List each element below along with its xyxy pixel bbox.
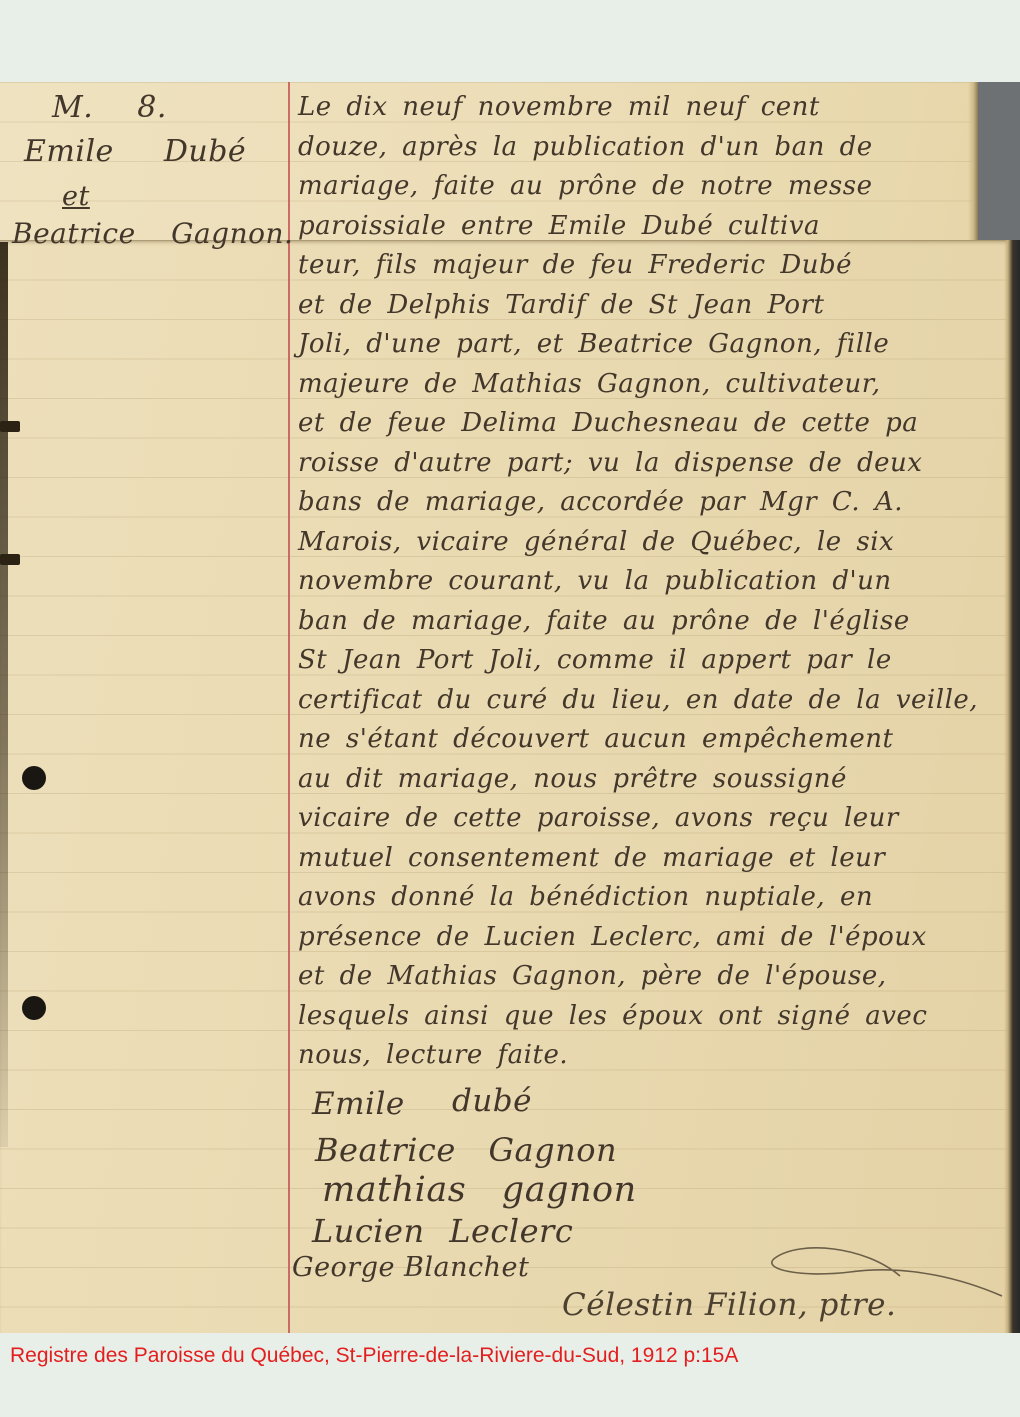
act-line: ban de mariage, faite au prône de l'égli… [298,602,1014,642]
act-line: nous, lecture faite. [298,1036,1014,1076]
hole-punch [22,996,46,1020]
act-line: douze, après la publication d'un ban de [298,128,1014,168]
margin-conjunction: et [62,181,90,212]
binding-stitch [0,554,20,565]
hole-punch [22,766,46,790]
act-line: bans de mariage, accordée par Mgr C. A. [298,483,1014,523]
archive-caption: Registre des Paroisse du Québec, St-Pier… [10,1344,738,1368]
signature-groom-lastname: dubé [452,1083,532,1119]
act-line: lesquels ainsi que les époux ont signé a… [298,997,1014,1037]
act-line: roisse d'autre part; vu la dispense de d… [298,444,1014,484]
act-line: et de Delphis Tardif de St Jean Port [298,286,1014,326]
margin-entry-number: M. 8. [52,90,167,125]
act-line: et de feue Delima Duchesneau de cette pa [298,404,1014,444]
signature-groom-firstname: Emile [312,1086,405,1122]
signature-priest: Célestin Filion, ptre. [562,1287,896,1323]
act-line: au dit mariage, nous prêtre soussigné [298,760,1014,800]
marriage-act-text: Le dix neuf novembre mil neuf cent douze… [298,88,1014,1076]
act-line: mutuel consentement de mariage et leur [298,839,1014,879]
signature-witness-other: George Blanchet [292,1252,529,1283]
act-line: présence de Lucien Leclerc, ami de l'épo… [298,918,1014,958]
act-line: majeure de Mathias Gagnon, cultivateur, [298,365,1014,405]
register-scan-page: M. 8. Emile Dubé et Beatrice Gagnon. Le … [0,0,1020,1417]
act-line: teur, fils majeur de feu Frederic Dubé [298,246,1014,286]
binding-edge [0,242,8,1147]
signature-bride: Beatrice Gagnon [315,1131,617,1169]
binding-stitch [0,421,20,432]
act-line: Marois, vicaire général de Québec, le si… [298,523,1014,563]
margin-groom-name: Emile Dubé [24,134,246,169]
act-line: Le dix neuf novembre mil neuf cent [298,88,1014,128]
act-line: certificat du curé du lieu, en date de l… [298,681,1014,721]
margin-bride-name: Beatrice Gagnon. [12,217,293,250]
act-line: St Jean Port Joli, comme il appert par l… [298,641,1014,681]
signature-bride-father: mathias gagnon [322,1170,637,1210]
act-line: paroissiale entre Emile Dubé cultiva [298,207,1014,247]
act-line: Joli, d'une part, et Beatrice Gagnon, fi… [298,325,1014,365]
act-line: novembre courant, vu la publication d'un [298,562,1014,602]
act-line: avons donné la bénédiction nuptiale, en [298,878,1014,918]
act-line: vicaire de cette paroisse, avons reçu le… [298,799,1014,839]
signature-witness-friend: Lucien Leclerc [312,1212,573,1250]
act-line: et de Mathias Gagnon, père de l'épouse, [298,957,1014,997]
act-line: mariage, faite au prône de notre messe [298,167,1014,207]
act-line: ne s'étant découvert aucun empêchement [298,720,1014,760]
red-margin-rule [288,82,290,1333]
